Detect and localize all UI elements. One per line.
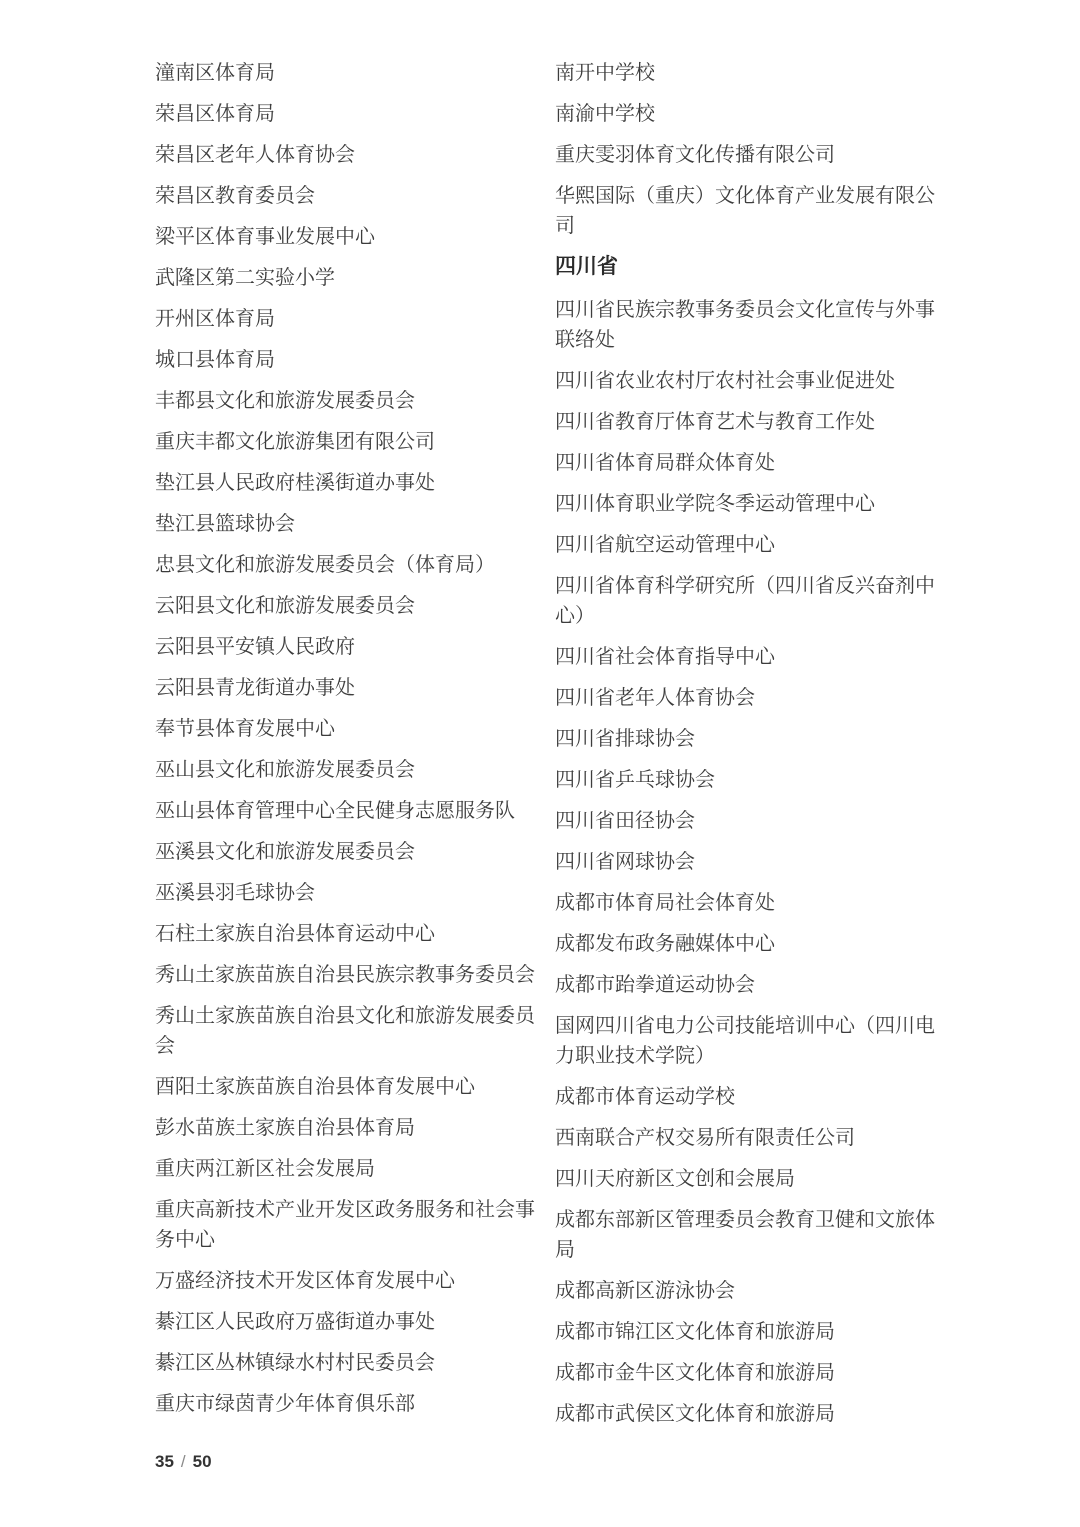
org-list-item: 巫山县文化和旅游发展委员会 (155, 755, 543, 785)
org-list-item: 四川省社会体育指导中心 (555, 642, 943, 672)
section-heading-sichuan: 四川省 (555, 252, 943, 282)
total-page-count: 50 (193, 1452, 212, 1471)
org-list-item: 石柱土家族自治县体育运动中心 (155, 919, 543, 949)
org-list-item: 彭水苗族土家族自治县体育局 (155, 1113, 543, 1143)
current-page-number: 35 (155, 1452, 174, 1471)
org-list-item: 成都市体育局社会体育处 (555, 888, 943, 918)
org-list-item: 武隆区第二实验小学 (155, 263, 543, 293)
org-list-item: 成都市金牛区文化体育和旅游局 (555, 1358, 943, 1388)
org-list-item: 成都高新区游泳协会 (555, 1276, 943, 1306)
org-list-item: 四川省体育科学研究所（四川省反兴奋剂中心） (555, 571, 943, 631)
org-list-item: 巫山县体育管理中心全民健身志愿服务队 (155, 796, 543, 826)
org-list-item: 成都东部新区管理委员会教育卫健和文旅体局 (555, 1205, 943, 1265)
org-list-item: 城口县体育局 (155, 345, 543, 375)
org-list-item: 四川省田径协会 (555, 806, 943, 836)
org-list-item: 荣昌区教育委员会 (155, 181, 543, 211)
org-list-item: 四川省乒乓球协会 (555, 765, 943, 795)
org-list-item: 成都发布政务融媒体中心 (555, 929, 943, 959)
org-list-item: 四川省排球协会 (555, 724, 943, 754)
org-list-item: 南开中学校 (555, 58, 943, 88)
org-list-item: 綦江区人民政府万盛街道办事处 (155, 1307, 543, 1337)
org-list-item: 重庆两江新区社会发展局 (155, 1154, 543, 1184)
left-column-org-list: 潼南区体育局 荣昌区体育局 荣昌区老年人体育协会 荣昌区教育委员会 梁平区体育事… (155, 58, 543, 1419)
org-list-item: 国网四川省电力公司技能培训中心（四川电力职业技术学院） (555, 1011, 943, 1071)
org-list-item: 綦江区丛林镇绿水村村民委员会 (155, 1348, 543, 1378)
org-list-item: 荣昌区体育局 (155, 99, 543, 129)
left-column: 潼南区体育局 荣昌区体育局 荣昌区老年人体育协会 荣昌区教育委员会 梁平区体育事… (155, 58, 543, 1440)
org-list-item: 四川省老年人体育协会 (555, 683, 943, 713)
org-list-item: 垫江县篮球协会 (155, 509, 543, 539)
org-list-item: 万盛经济技术开发区体育发展中心 (155, 1266, 543, 1296)
sichuan-org-list: 四川省民族宗教事务委员会文化宣传与外事联络处 四川省农业农村厅农村社会事业促进处… (555, 295, 943, 1429)
org-list-item: 西南联合产权交易所有限责任公司 (555, 1123, 943, 1153)
org-list-item: 开州区体育局 (155, 304, 543, 334)
right-column: 南开中学校 南渝中学校 重庆雯羽体育文化传播有限公司 华熙国际（重庆）文化体育产… (555, 58, 943, 1440)
org-list-item: 垫江县人民政府桂溪街道办事处 (155, 468, 543, 498)
page-number-footer: 35/50 (155, 1452, 212, 1472)
org-list-item: 秀山土家族苗族自治县文化和旅游发展委员会 (155, 1001, 543, 1061)
org-list-item: 成都市跆拳道运动协会 (555, 970, 943, 1000)
org-list-item: 云阳县文化和旅游发展委员会 (155, 591, 543, 621)
org-list-item: 四川省农业农村厅农村社会事业促进处 (555, 366, 943, 396)
document-page: 潼南区体育局 荣昌区体育局 荣昌区老年人体育协会 荣昌区教育委员会 梁平区体育事… (0, 0, 1080, 1527)
org-list-item: 四川省教育厅体育艺术与教育工作处 (555, 407, 943, 437)
right-column-top-org-list: 南开中学校 南渝中学校 重庆雯羽体育文化传播有限公司 华熙国际（重庆）文化体育产… (555, 58, 943, 241)
org-list-item: 成都市体育运动学校 (555, 1082, 943, 1112)
org-list-item: 重庆丰都文化旅游集团有限公司 (155, 427, 543, 457)
org-list-item: 秀山土家族苗族自治县民族宗教事务委员会 (155, 960, 543, 990)
org-list-item: 荣昌区老年人体育协会 (155, 140, 543, 170)
org-list-item: 四川天府新区文创和会展局 (555, 1164, 943, 1194)
org-list-item: 四川体育职业学院冬季运动管理中心 (555, 489, 943, 519)
org-list-item: 丰都县文化和旅游发展委员会 (155, 386, 543, 416)
org-list-item: 成都市武侯区文化体育和旅游局 (555, 1399, 943, 1429)
org-list-item: 四川省民族宗教事务委员会文化宣传与外事联络处 (555, 295, 943, 355)
page-number-separator: / (174, 1452, 193, 1471)
org-list-item: 巫溪县文化和旅游发展委员会 (155, 837, 543, 867)
org-list-item: 成都市锦江区文化体育和旅游局 (555, 1317, 943, 1347)
org-list-item: 梁平区体育事业发展中心 (155, 222, 543, 252)
org-list-item: 四川省航空运动管理中心 (555, 530, 943, 560)
org-list-item: 华熙国际（重庆）文化体育产业发展有限公司 (555, 181, 943, 241)
org-list-item: 重庆高新技术产业开发区政务服务和社会事务中心 (155, 1195, 543, 1255)
org-list-item: 重庆市绿茵青少年体育俱乐部 (155, 1389, 543, 1419)
org-list-item: 四川省体育局群众体育处 (555, 448, 943, 478)
org-list-item: 酉阳土家族苗族自治县体育发展中心 (155, 1072, 543, 1102)
org-list-item: 巫溪县羽毛球协会 (155, 878, 543, 908)
org-list-item: 云阳县青龙街道办事处 (155, 673, 543, 703)
org-list-item: 四川省网球协会 (555, 847, 943, 877)
org-list-item: 潼南区体育局 (155, 58, 543, 88)
org-list-item: 忠县文化和旅游发展委员会（体育局） (155, 550, 543, 580)
org-list-item: 云阳县平安镇人民政府 (155, 632, 543, 662)
org-list-item: 南渝中学校 (555, 99, 943, 129)
page-content: 潼南区体育局 荣昌区体育局 荣昌区老年人体育协会 荣昌区教育委员会 梁平区体育事… (0, 0, 1080, 1440)
org-list-item: 重庆雯羽体育文化传播有限公司 (555, 140, 943, 170)
org-list-item: 奉节县体育发展中心 (155, 714, 543, 744)
